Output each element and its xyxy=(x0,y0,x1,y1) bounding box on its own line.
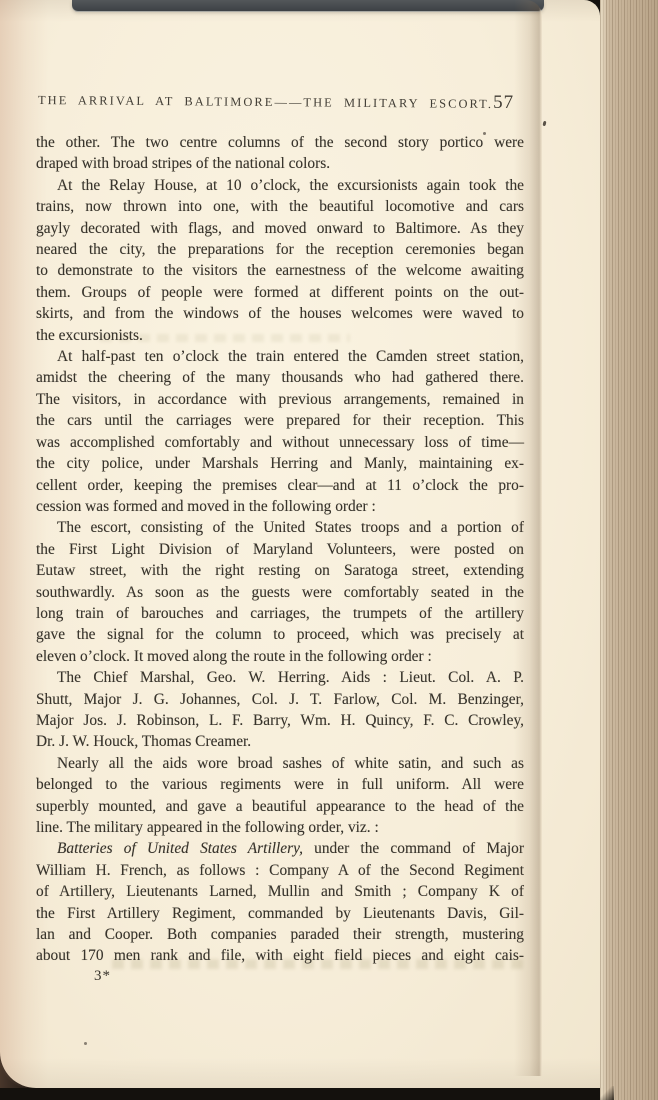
text-line: the other. The two centre columns of the… xyxy=(36,132,524,153)
text-line: Nearly all the aids wore broad sashes of… xyxy=(36,753,524,774)
text-line: about 170 men rank and file, with eight … xyxy=(36,945,524,966)
text-line: eleven o’clock. It moved along the route… xyxy=(36,646,524,667)
text-line: the cars until the carriages were prepar… xyxy=(36,410,524,431)
text-line: lan and Cooper. Both companies paraded t… xyxy=(36,924,524,945)
text-line: neared the city, the preparations for th… xyxy=(36,239,524,260)
italic-text: Batteries of United States Artillery, xyxy=(57,840,303,857)
text-line: the First Artillery Regiment, commanded … xyxy=(36,903,524,924)
text-line: gave the signal for the column to procee… xyxy=(36,624,524,645)
text-line: Batteries of United States Artillery, un… xyxy=(36,838,524,859)
text-line: Shutt, Major J. G. Johannes, Col. J. T. … xyxy=(36,689,524,710)
body-text: the other. The two centre columns of the… xyxy=(36,132,524,967)
text-line: the First Light Division of Maryland Vol… xyxy=(36,539,524,560)
text-line: of Artillery, Lieutenants Larned, Mullin… xyxy=(36,881,524,902)
text-line: The Chief Marshal, Geo. W. Herring. Aids… xyxy=(36,667,524,688)
text-line: Eutaw street, with the right resting on … xyxy=(36,560,524,581)
book-cover-edge-top xyxy=(72,0,544,11)
book-page: THE ARRIVAL AT BALTIMORE——THE MILITARY E… xyxy=(0,0,600,1088)
page-header: THE ARRIVAL AT BALTIMORE——THE MILITARY E… xyxy=(36,92,524,114)
text-line: The escort, consisting of the United Sta… xyxy=(36,517,524,538)
text-line: the city police, under Marshals Herring … xyxy=(36,453,524,474)
text-line: Dr. J. W. Houck, Thomas Creamer. xyxy=(36,731,524,752)
text-line: belonged to the various regiments were i… xyxy=(36,774,524,795)
text-line: trains, now thrown into one, with the be… xyxy=(36,196,524,217)
book-fore-edge xyxy=(600,0,658,1100)
text-line: the excursionists. xyxy=(36,325,524,346)
text-line: draped with broad stripes of the nationa… xyxy=(36,153,524,174)
paper-speck xyxy=(84,1042,87,1045)
paper-speck xyxy=(542,121,546,127)
text-line: cession was formed and moved in the foll… xyxy=(36,496,524,517)
text-line: cellent order, keeping the premises clea… xyxy=(36,475,524,496)
text-line: them. Groups of people were formed at di… xyxy=(36,282,524,303)
scanned-book-page: THE ARRIVAL AT BALTIMORE——THE MILITARY E… xyxy=(0,0,658,1100)
text-line: skirts, and from the windows of the hous… xyxy=(36,303,524,324)
text-line: amidst the cheering of the many thousand… xyxy=(36,367,524,388)
text-line: William H. French, as follows : Company … xyxy=(36,860,524,881)
text-line: southwardly. As soon as the guests were … xyxy=(36,582,524,603)
text-line: superbly mounted, and gave a beautiful a… xyxy=(36,796,524,817)
text-line: At the Relay House, at 10 o’clock, the e… xyxy=(36,175,524,196)
page-number: 57 xyxy=(493,92,514,114)
running-title: THE ARRIVAL AT BALTIMORE——THE MILITARY E… xyxy=(38,93,493,112)
text-line: The visitors, in accordance with previou… xyxy=(36,389,524,410)
text-line: long train of barouches and carriages, t… xyxy=(36,603,524,624)
text-line: to demonstrate to the visitors the earne… xyxy=(36,260,524,281)
text-line: was accomplished comfortably and without… xyxy=(36,432,524,453)
page-content: THE ARRIVAL AT BALTIMORE——THE MILITARY E… xyxy=(36,92,524,985)
page-bottom-shading xyxy=(0,1058,600,1088)
text-line: gayly decorated with flags, and moved on… xyxy=(36,218,524,239)
text-line: At half-past ten o’clock the train enter… xyxy=(36,346,524,367)
text-line: line. The military appeared in the follo… xyxy=(36,817,524,838)
signature-mark: 3* xyxy=(94,968,524,985)
text-line: Major Jos. J. Robinson, L. F. Barry, Wm.… xyxy=(36,710,524,731)
